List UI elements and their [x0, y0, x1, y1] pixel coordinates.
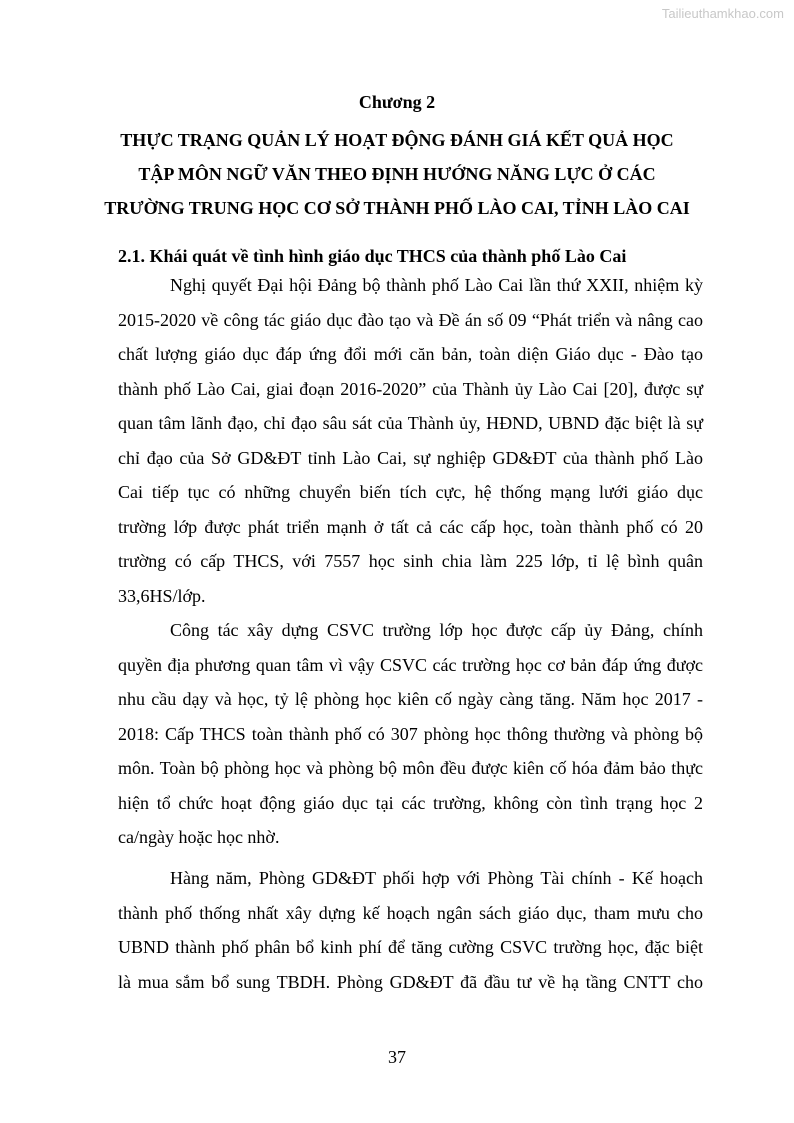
page-number: 37	[0, 1047, 794, 1068]
paragraph-line: chất lượng giáo dục đáp ứng đổi mới căn …	[118, 342, 703, 366]
chapter-title-line: TẬP MÔN NGỮ VĂN THEO ĐỊNH HƯỚNG NĂNG LỰC…	[0, 164, 794, 185]
paragraph-line: môn. Toàn bộ phòng học và phòng bộ môn đ…	[118, 756, 703, 780]
paragraph-line: là mua sắm bổ sung TBDH. Phòng GD&ĐT đã …	[118, 970, 703, 994]
paragraph-line: trường có cấp THCS, với 7557 học sinh ch…	[118, 549, 703, 573]
chapter-label: Chương 2	[0, 92, 794, 113]
paragraph-line: ca/ngày hoặc học nhờ.	[118, 825, 703, 849]
paragraph-line: Công tác xây dựng CSVC trường lớp học đư…	[170, 618, 703, 642]
chapter-title-line: THỰC TRẠNG QUẢN LÝ HOẠT ĐỘNG ĐÁNH GIÁ KẾ…	[0, 130, 794, 151]
paragraph-line: trường lớp được phát triển mạnh ở tất cả…	[118, 515, 703, 539]
paragraph-line: Nghị quyết Đại hội Đảng bộ thành phố Lào…	[170, 273, 703, 297]
paragraph-line: 33,6HS/lớp.	[118, 584, 703, 608]
paragraph-line: quan tâm lãnh đạo, chỉ đạo sâu sát của T…	[118, 411, 703, 435]
paragraph-line: Cai tiếp tục có những chuyển biến tích c…	[118, 480, 703, 504]
paragraph-line: Hàng năm, Phòng GD&ĐT phối hợp với Phòng…	[170, 866, 703, 890]
paragraph-line: hiện tổ chức hoạt động giáo dục tại các …	[118, 791, 703, 815]
chapter-title-line: TRƯỜNG TRUNG HỌC CƠ SỞ THÀNH PHỐ LÀO CAI…	[0, 198, 794, 219]
paragraph-line: 2015-2020 về công tác giáo dục đào tạo v…	[118, 308, 703, 332]
paragraph-line: thành phố thống nhất xây dựng kế hoạch n…	[118, 901, 703, 925]
paragraph-line: nhu cầu dạy và học, tỷ lệ phòng học kiên…	[118, 687, 703, 711]
section-heading: 2.1. Khái quát về tình hình giáo dục THC…	[118, 246, 626, 267]
paragraph-line: UBND thành phố phân bổ kinh phí để tăng …	[118, 935, 703, 959]
paragraph-line: thành phố Lào Cai, giai đoạn 2016-2020” …	[118, 377, 703, 401]
paragraph-line: quyền địa phương quan tâm vì vậy CSVC cá…	[118, 653, 703, 677]
paragraph-line: 2018: Cấp THCS toàn thành phố có 307 phò…	[118, 722, 703, 746]
watermark: Tailieuthamkhao.com	[662, 6, 784, 21]
paragraph-line: chỉ đạo của Sở GD&ĐT tỉnh Lào Cai, sự ng…	[118, 446, 703, 470]
